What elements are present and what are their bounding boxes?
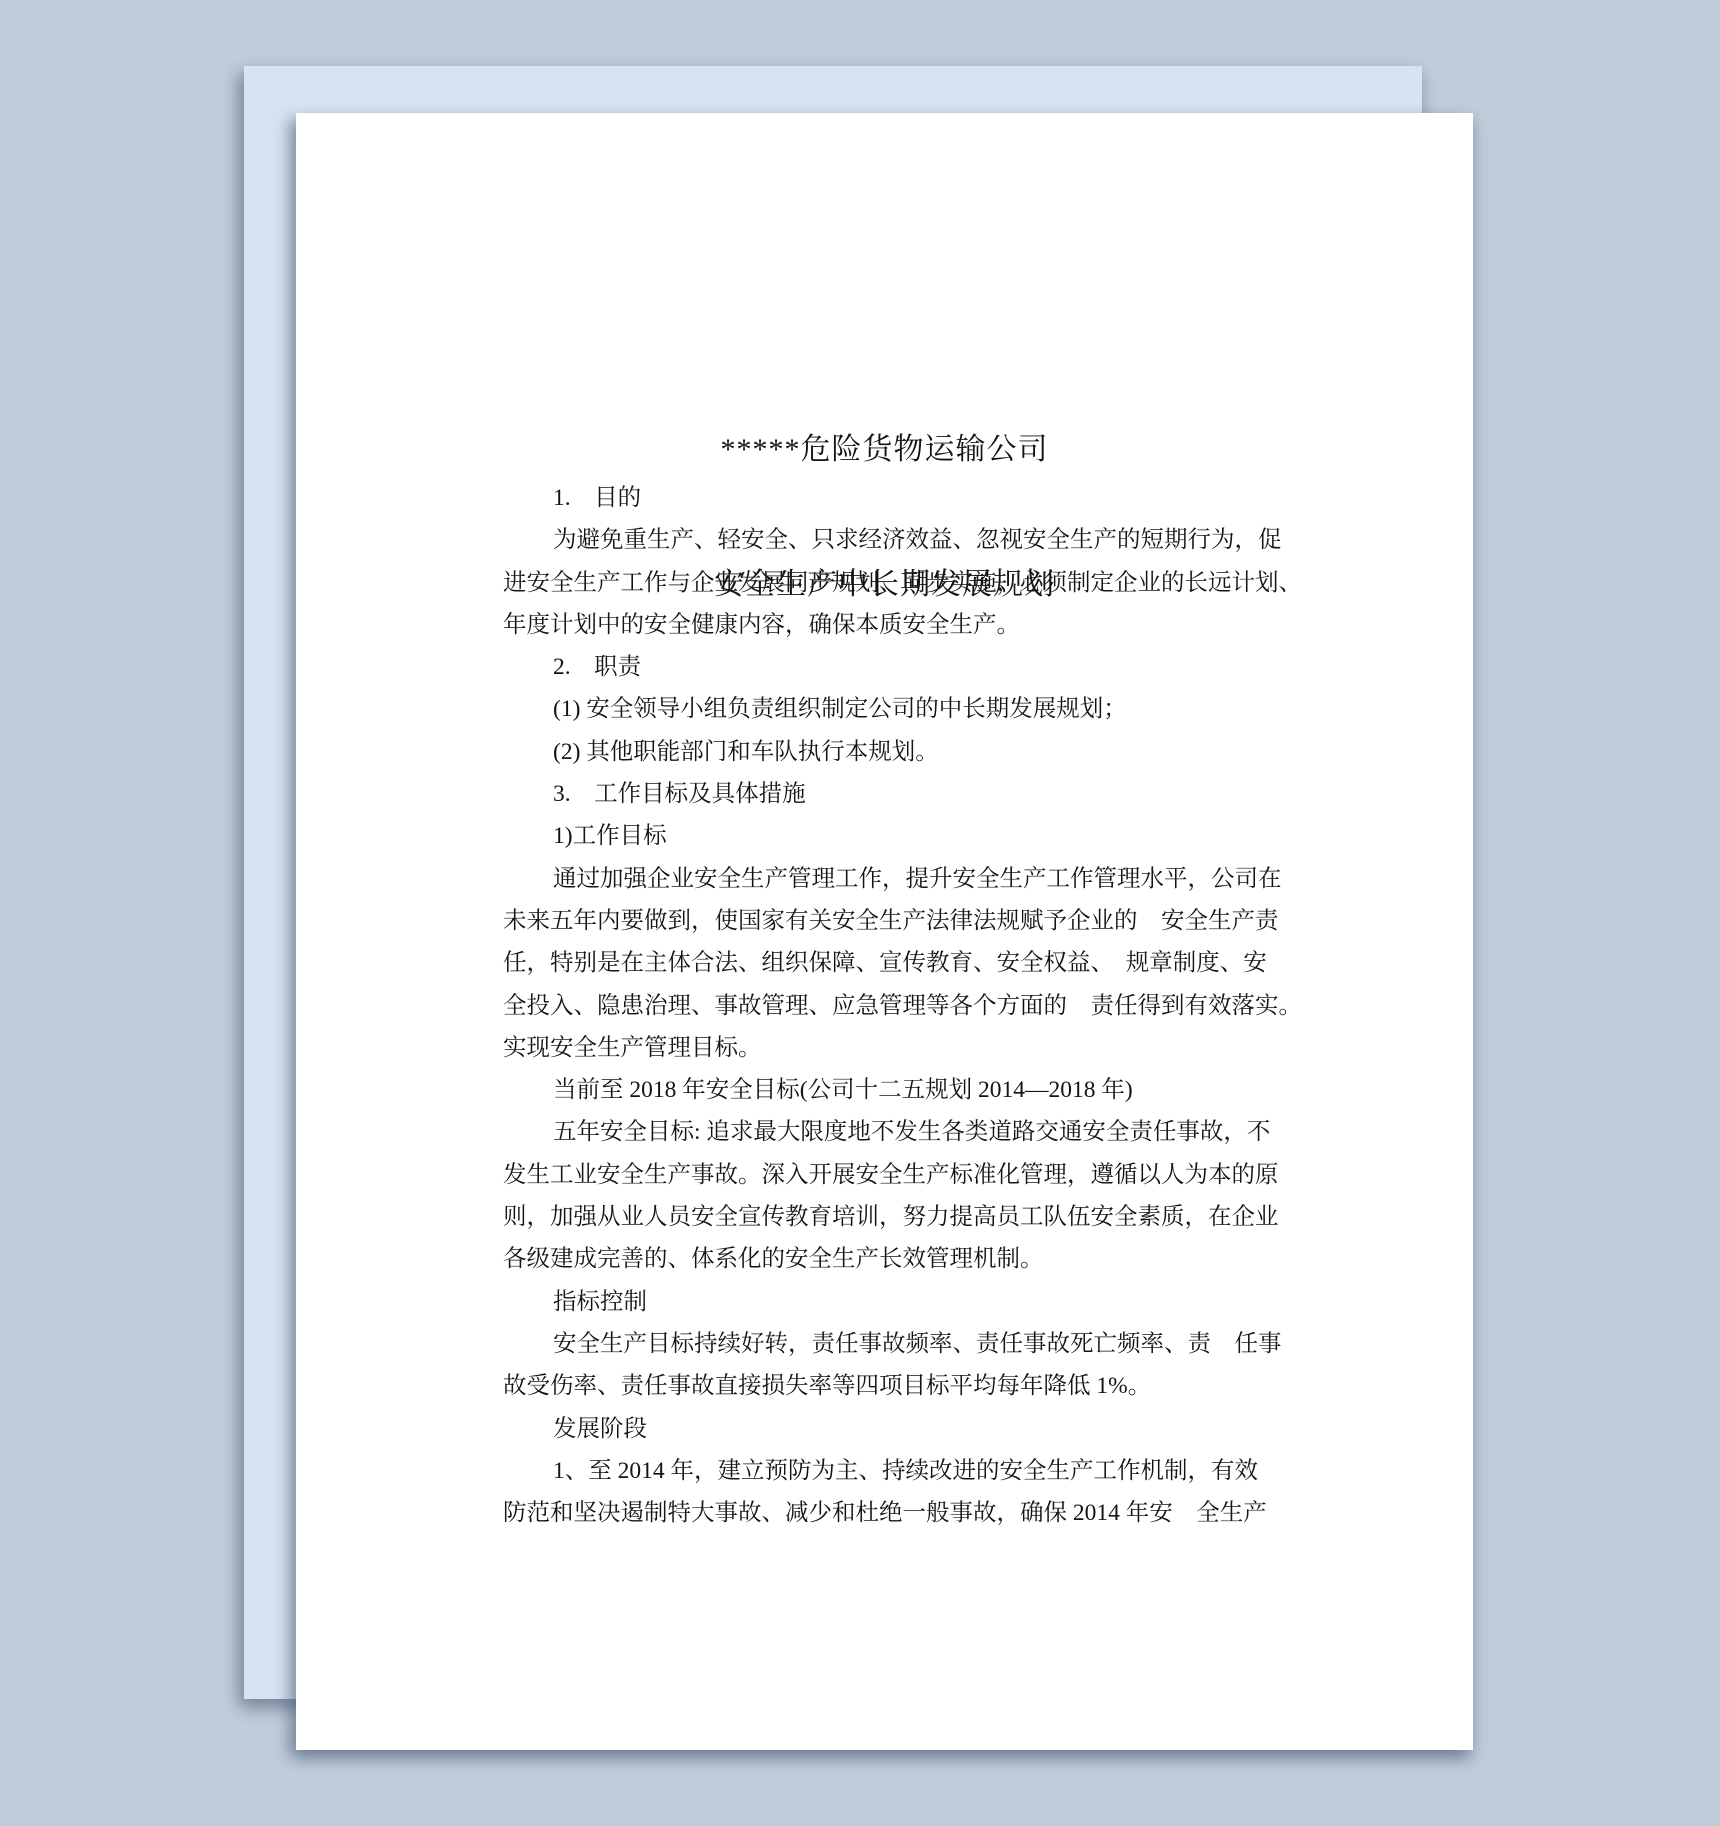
text-line: 2. 职责 bbox=[503, 646, 1302, 688]
text-line: 3. 工作目标及具体措施 bbox=[503, 773, 1302, 815]
text-line: 通过加强企业安全生产管理工作，提升安全生产工作管理水平，公司在 bbox=[503, 858, 1302, 900]
text-line: 1)工作目标 bbox=[503, 815, 1302, 857]
text-line: 进安全生产工作与企业发展同步规划、同步实施，必须制定企业的长远计划、 bbox=[503, 562, 1302, 604]
text-line: 指标控制 bbox=[503, 1281, 1302, 1323]
text-line: 当前至 2018 年安全目标(公司十二五规划 2014—2018 年) bbox=[503, 1069, 1302, 1111]
text-line: 发展阶段 bbox=[503, 1408, 1302, 1450]
text-line: 为避免重生产、轻安全、只求经济效益、忽视安全生产的短期行为，促 bbox=[503, 519, 1302, 561]
text-line: 年度计划中的安全健康内容，确保本质安全生产。 bbox=[503, 604, 1302, 646]
text-line: 防范和坚决遏制特大事故、减少和杜绝一般事故，确保 2014 年安 全生产 bbox=[503, 1492, 1302, 1534]
document-body: 1. 目的为避免重生产、轻安全、只求经济效益、忽视安全生产的短期行为，促进安全生… bbox=[503, 477, 1302, 1534]
title-line-company: *****危险货物运输公司 bbox=[296, 427, 1473, 472]
text-line: 1. 目的 bbox=[503, 477, 1302, 519]
text-line: 实现安全生产管理目标。 bbox=[503, 1027, 1302, 1069]
text-line: 则，加强从业人员安全宣传教育培训，努力提高员工队伍安全素质，在企业 bbox=[503, 1196, 1302, 1238]
text-line: 发生工业安全生产事故。深入开展安全生产标准化管理，遵循以人为本的原 bbox=[503, 1154, 1302, 1196]
text-line: (1) 安全领导小组负责组织制定公司的中长期发展规划； bbox=[503, 688, 1302, 730]
text-line: 故受伤率、责任事故直接损失率等四项目标平均每年降低 1%。 bbox=[503, 1365, 1302, 1407]
text-line: 1、至 2014 年，建立预防为主、持续改进的安全生产工作机制，有效 bbox=[503, 1450, 1302, 1492]
text-line: 全投入、隐患治理、事故管理、应急管理等各个方面的 责任得到有效落实。 bbox=[503, 985, 1302, 1027]
text-line: (2) 其他职能部门和车队执行本规划。 bbox=[503, 731, 1302, 773]
text-line: 安全生产目标持续好转，责任事故频率、责任事故死亡频率、责 任事 bbox=[503, 1323, 1302, 1365]
text-line: 各级建成完善的、体系化的安全生产长效管理机制。 bbox=[503, 1238, 1302, 1280]
text-line: 未来五年内要做到，使国家有关安全生产法律法规赋予企业的 安全生产责 bbox=[503, 900, 1302, 942]
text-line: 五年安全目标: 追求最大限度地不发生各类道路交通安全责任事故，不 bbox=[503, 1111, 1302, 1153]
document-page: *****危险货物运输公司 安全生产中长期发展规划 1. 目的为避免重生产、轻安… bbox=[296, 113, 1473, 1750]
text-line: 任，特别是在主体合法、组织保障、宣传教育、安全权益、 规章制度、安 bbox=[503, 942, 1302, 984]
desk-background: *****危险货物运输公司 安全生产中长期发展规划 1. 目的为避免重生产、轻安… bbox=[0, 0, 1720, 1826]
